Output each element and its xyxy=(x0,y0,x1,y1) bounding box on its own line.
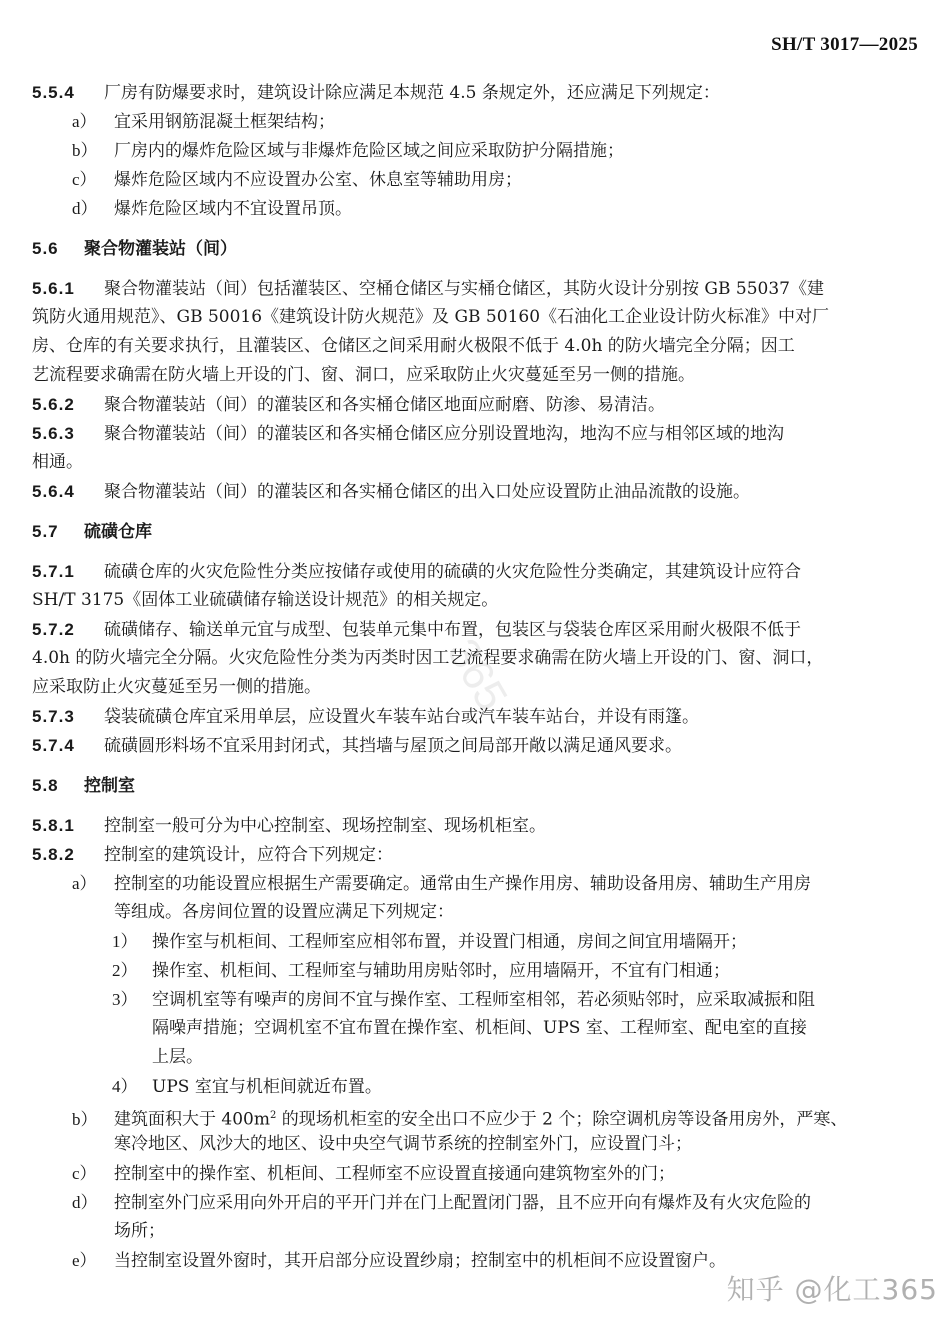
list-item-a: a）控制室的功能设置应根据生产需要确定。通常由生产操作用房、辅助设备用房、辅助生… xyxy=(32,869,920,898)
list-item: b）厂房内的爆炸危险区域与非爆炸危险区域之间应采取防护分隔措施； xyxy=(32,136,920,165)
clause-number: 5.8.1 xyxy=(32,811,104,840)
section-heading-5-8: 5.8控制室 xyxy=(32,771,920,800)
sub-list-item: 3）空调机室等有噪声的房间不宜与操作室、工程师室相邻，若必须贴邻时，应采取减振和… xyxy=(32,985,920,1014)
clause-5-7-1: 5.7.1硫磺仓库的火灾危险性分类应按储存或使用的硫磺的火灾危险性分类确定，其建… xyxy=(32,557,920,586)
clause-5-7-2: 5.7.2硫磺储存、输送单元宜与成型、包装单元集中布置，包装区与袋装仓库区采用耐… xyxy=(32,615,920,644)
list-item: d）爆炸危险区域内不宜设置吊顶。 xyxy=(32,194,920,223)
clause-text: 硫磺圆形料场不宜采用封闭式，其挡墙与屋顶之间局部开敞以满足通风要求。 xyxy=(104,736,682,756)
clause-text: 聚合物灌装站（间）的灌装区和各实桶仓储区的出入口处应设置防止油品流散的设施。 xyxy=(104,482,750,502)
section-title: 控制室 xyxy=(84,776,135,796)
list-item: a）宜采用钢筋混凝土框架结构； xyxy=(32,107,920,136)
item-text: 厂房内的爆炸危险区域与非爆炸危险区域之间应采取防护分隔措施； xyxy=(114,141,624,161)
clause-5-5-4: 5.5.4厂房有防爆要求时，建筑设计除应满足本规范 4.5 条规定外，还应满足下… xyxy=(32,78,920,107)
item-text: 爆炸危险区域内不应设置办公室、休息室等辅助用房； xyxy=(114,170,522,190)
item-label: d） xyxy=(72,194,114,223)
clause-number: 5.7.1 xyxy=(32,557,104,586)
section-number: 5.8 xyxy=(32,771,84,800)
clause-text: 硫磺储存、输送单元宜与成型、包装单元集中布置，包装区与袋装仓库区采用耐火极限不低… xyxy=(104,620,801,640)
item-text: 空调机室等有噪声的房间不宜与操作室、工程师室相邻，若必须贴邻时，应采取减振和阻 xyxy=(152,990,815,1010)
item-text: 上层。 xyxy=(112,1047,203,1067)
clause-continuation: 艺流程要求确需在防火墙上开设的门、窗、洞口，应采取防止火灾蔓延至另一侧的措施。 xyxy=(32,361,920,390)
section-heading-5-6: 5.6聚合物灌装站（间） xyxy=(32,234,920,263)
item-text: 隔噪声措施；空调机室不宜布置在操作室、机柜间、UPS 室、工程师室、配电室的直接 xyxy=(112,1018,807,1038)
item-text: 建筑面积大于 400m xyxy=(114,1110,270,1130)
clause-text: 聚合物灌装站（间）包括灌装区、空桶仓储区与实桶仓储区，其防火设计分别按 GB 5… xyxy=(104,279,824,299)
section-title: 硫磺仓库 xyxy=(84,522,152,542)
sub-list-item: 1）操作室与机柜间、工程师室应相邻布置，并设置门相通，房间之间宜用墙隔开； xyxy=(32,927,920,956)
document-body: 5.5.4厂房有防爆要求时，建筑设计除应满足本规范 4.5 条规定外，还应满足下… xyxy=(32,78,920,1275)
clause-continuation: 房、仓库的有关要求执行，且灌装区、仓储区之间采用耐火极限不低于 4.0h 的防火… xyxy=(32,332,920,361)
clause-5-6-2: 5.6.2聚合物灌装站（间）的灌装区和各实桶仓储区地面应耐磨、防渗、易清洁。 xyxy=(32,390,920,419)
item-label: e） xyxy=(72,1246,114,1275)
clause-5-8-1: 5.8.1控制室一般可分为中心控制室、现场控制室、现场机柜室。 xyxy=(32,811,920,840)
clause-number: 5.6.3 xyxy=(32,419,104,448)
section-number: 5.6 xyxy=(32,234,84,263)
item-text: 控制室的功能设置应根据生产需要确定。通常由生产操作用房、辅助设备用房、辅助生产用… xyxy=(114,874,811,894)
list-item: c）爆炸危险区域内不应设置办公室、休息室等辅助用房； xyxy=(32,165,920,194)
clause-text: 厂房有防爆要求时，建筑设计除应满足本规范 4.5 条规定外，还应满足下列规定： xyxy=(104,83,720,103)
list-item-d: d）控制室外门应采用向外开启的平开门并在门上配置闭门器，且不应开向有爆炸及有火灾… xyxy=(32,1188,920,1217)
sub-list-item: 4）UPS 室宜与机柜间就近布置。 xyxy=(32,1072,920,1101)
item-continuation: 等组成。各房间位置的设置应满足下列规定： xyxy=(32,898,920,927)
item-text: 宜采用钢筋混凝土框架结构； xyxy=(114,112,335,132)
section-title: 聚合物灌装站（间） xyxy=(84,239,237,259)
clause-text: 聚合物灌装站（间）的灌装区和各实桶仓储区地面应耐磨、防渗、易清洁。 xyxy=(104,395,665,415)
item-text: 控制室外门应采用向外开启的平开门并在门上配置闭门器，且不应开向有爆炸及有火灾危险… xyxy=(114,1193,811,1213)
item-continuation: 隔噪声措施；空调机室不宜布置在操作室、机柜间、UPS 室、工程师室、配电室的直接 xyxy=(32,1014,920,1043)
item-text: 的现场机柜室的安全出口不应少于 2 个；除空调机房等设备用房外，严寒、 xyxy=(276,1110,847,1130)
clause-continuation: 应采取防止火灾蔓延至另一侧的措施。 xyxy=(32,673,920,702)
item-label: c） xyxy=(72,165,114,194)
item-text: 爆炸危险区域内不宜设置吊顶。 xyxy=(114,199,352,219)
item-label: 4） xyxy=(112,1072,152,1101)
clause-number: 5.7.3 xyxy=(32,702,104,731)
list-item-b: b）建筑面积大于 400m2 的现场机柜室的安全出口不应少于 2 个；除空调机房… xyxy=(32,1101,920,1130)
list-item-c: c）控制室中的操作室、机柜间、工程师室不应设置直接通向建筑物室外的门； xyxy=(32,1159,920,1188)
clause-number: 5.7.2 xyxy=(32,615,104,644)
item-text: 操作室、机柜间、工程师室与辅助用房贴邻时，应用墙隔开，不宜有门相通； xyxy=(152,961,730,981)
item-text: 场所； xyxy=(72,1221,165,1241)
clause-text: 硫磺仓库的火灾危险性分类应按储存或使用的硫磺的火灾危险性分类确定，其建筑设计应符… xyxy=(104,562,801,582)
clause-continuation: 4.0h 的防火墙完全分隔。火灾危险性分类为丙类时因工艺流程要求确需在防火墙上开… xyxy=(32,644,920,673)
clause-continuation: 筑防火通用规范》、GB 50016《建筑设计防火规范》及 GB 50160《石油… xyxy=(32,303,920,332)
clause-text: 袋装硫磺仓库宜采用单层，应设置火车装车站台或汽车装车站台，并设有雨篷。 xyxy=(104,707,699,727)
item-text: UPS 室宜与机柜间就近布置。 xyxy=(152,1077,382,1097)
item-label: a） xyxy=(72,107,114,136)
sub-list-item: 2）操作室、机柜间、工程师室与辅助用房贴邻时，应用墙隔开，不宜有门相通； xyxy=(32,956,920,985)
item-text: 操作室与机柜间、工程师室应相邻布置，并设置门相通，房间之间宜用墙隔开； xyxy=(152,932,747,952)
clause-5-6-1: 5.6.1聚合物灌装站（间）包括灌装区、空桶仓储区与实桶仓储区，其防火设计分别按… xyxy=(32,274,920,303)
clause-5-7-3: 5.7.3袋装硫磺仓库宜采用单层，应设置火车装车站台或汽车装车站台，并设有雨篷。 xyxy=(32,702,920,731)
item-label: 3） xyxy=(112,985,152,1014)
item-label: a） xyxy=(72,869,114,898)
item-label: b） xyxy=(72,136,114,165)
item-text: 等组成。各房间位置的设置应满足下列规定： xyxy=(72,902,454,922)
item-label: c） xyxy=(72,1159,114,1188)
clause-number: 5.5.4 xyxy=(32,78,104,107)
item-continuation: 寒冷地区、风沙大的地区、设中央空气调节系统的控制室外门，应设置门斗； xyxy=(32,1130,920,1159)
clause-number: 5.6.2 xyxy=(32,390,104,419)
clause-5-7-4: 5.7.4硫磺圆形料场不宜采用封闭式，其挡墙与屋顶之间局部开敞以满足通风要求。 xyxy=(32,731,920,760)
item-label: d） xyxy=(72,1188,114,1217)
section-number: 5.7 xyxy=(32,517,84,546)
clause-number: 5.6.1 xyxy=(32,274,104,303)
clause-5-8-2: 5.8.2控制室的建筑设计，应符合下列规定： xyxy=(32,840,920,869)
list-item-e: e）当控制室设置外窗时，其开启部分应设置纱扇；控制室中的机柜间不应设置窗户。 xyxy=(32,1246,920,1275)
clause-continuation: 相通。 xyxy=(32,448,920,477)
clause-text: 控制室的建筑设计，应符合下列规定： xyxy=(104,845,393,865)
clause-number: 5.7.4 xyxy=(32,731,104,760)
item-label: 1） xyxy=(112,927,152,956)
item-label: 2） xyxy=(112,956,152,985)
clause-number: 5.6.4 xyxy=(32,477,104,506)
clause-5-6-4: 5.6.4聚合物灌装站（间）的灌装区和各实桶仓储区的出入口处应设置防止油品流散的… xyxy=(32,477,920,506)
standard-code-header: SH/T 3017—2025 xyxy=(771,34,918,56)
item-continuation: 场所； xyxy=(32,1217,920,1246)
clause-number: 5.8.2 xyxy=(32,840,104,869)
section-heading-5-7: 5.7硫磺仓库 xyxy=(32,517,920,546)
item-text: 寒冷地区、风沙大的地区、设中央空气调节系统的控制室外门，应设置门斗； xyxy=(72,1134,692,1154)
item-continuation: 上层。 xyxy=(32,1043,920,1072)
clause-5-6-3: 5.6.3聚合物灌装站（间）的灌装区和各实桶仓储区应分别设置地沟，地沟不应与相邻… xyxy=(32,419,920,448)
item-text: 控制室中的操作室、机柜间、工程师室不应设置直接通向建筑物室外的门； xyxy=(114,1164,675,1184)
item-text: 当控制室设置外窗时，其开启部分应设置纱扇；控制室中的机柜间不应设置窗户。 xyxy=(114,1251,726,1271)
clause-text: 控制室一般可分为中心控制室、现场控制室、现场机柜室。 xyxy=(104,816,546,836)
clause-text: 聚合物灌装站（间）的灌装区和各实桶仓储区应分别设置地沟，地沟不应与相邻区域的地沟 xyxy=(104,424,784,444)
clause-continuation: SH/T 3175《固体工业硫磺储存输送设计规范》的相关规定。 xyxy=(32,586,920,615)
